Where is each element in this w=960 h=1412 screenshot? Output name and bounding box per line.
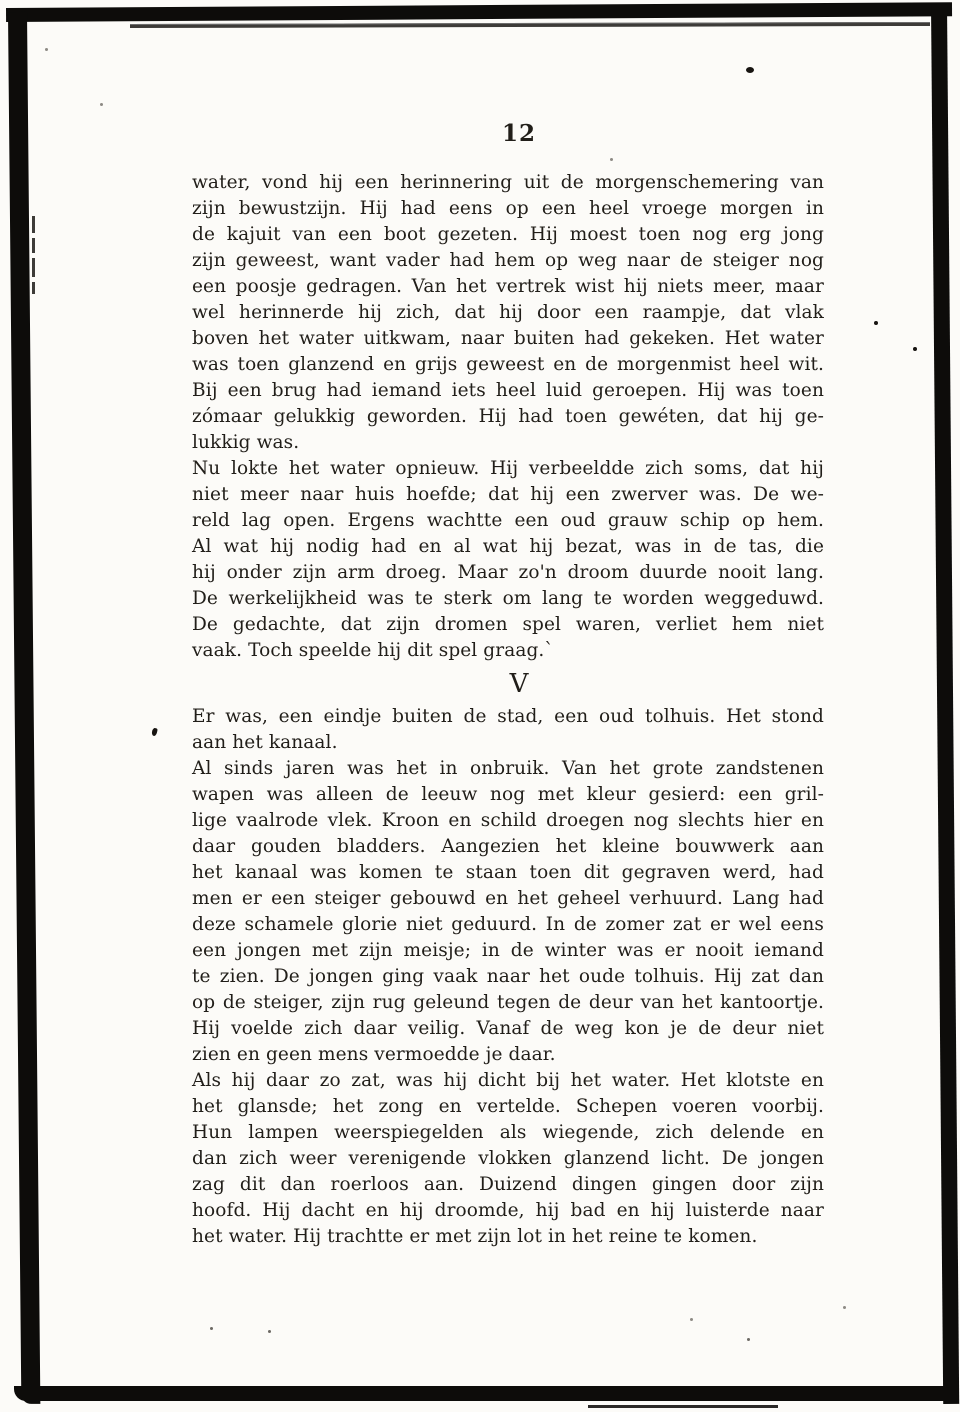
section-heading: V <box>192 670 824 698</box>
text-line: wapen was alleen de leeuw nog met kleur … <box>192 782 824 808</box>
text-line: dan zich weer verenigende vlokken glanze… <box>192 1146 824 1172</box>
text-line: De gedachte, dat zijn dromen spel waren,… <box>192 612 824 638</box>
scan-margin-dash <box>32 258 35 277</box>
scan-speck <box>610 158 613 161</box>
scan-speck <box>210 1327 213 1330</box>
scan-margin-dash <box>32 238 35 253</box>
page-number: 12 <box>192 120 824 147</box>
scan-speck <box>746 67 754 73</box>
scan-speck <box>690 1318 693 1321</box>
text-line: het glansde; het zong en vertelde. Schep… <box>192 1094 824 1120</box>
scan-speck <box>843 1306 846 1309</box>
text-line: lige vaalrode vlek. Kroon en schild droe… <box>192 808 824 834</box>
text-line: wel herinnerde hij zich, dat hij door ee… <box>192 300 824 326</box>
scan-speck <box>913 347 917 351</box>
paragraph: Al sinds jaren was het in onbruik. Van h… <box>192 756 824 1068</box>
text-line: een jongen met zijn meisje; in de winter… <box>192 938 824 964</box>
scan-margin-dash <box>32 282 35 294</box>
text-line: De werkelijkheid was te sterk om lang te… <box>192 586 824 612</box>
scan-border-right <box>931 4 959 1404</box>
scan-speck <box>100 103 103 106</box>
text-line: deze schamele glorie niet geduurd. In de… <box>192 912 824 938</box>
text-line: Bij een brug had iemand iets heel luid g… <box>192 378 824 404</box>
text-block: water, vond hij een herinnering uit de m… <box>192 170 824 1250</box>
text-line: vaak. Toch speelde hij dit spel graag.` <box>192 638 824 664</box>
text-line: boven het water uitkwam, naar buiten had… <box>192 326 824 352</box>
scan-border-bottom <box>14 1386 956 1401</box>
paragraph: Als hij daar zo zat, was hij dicht bij h… <box>192 1068 824 1250</box>
scan-rule-bottom <box>588 1405 778 1408</box>
text-line: zag dit dan roerloos aan. Duizend dingen… <box>192 1172 824 1198</box>
scan-margin-dash <box>32 216 35 233</box>
scan-border-left <box>8 12 40 1404</box>
text-line: lukkig was. <box>192 430 824 456</box>
text-line: Er was, een eindje buiten de stad, een o… <box>192 704 824 730</box>
scan-border-top <box>6 2 952 22</box>
text-line: aan het kanaal. <box>192 730 824 756</box>
text-line: zien en geen mens vermoedde je daar. <box>192 1042 824 1068</box>
text-line: Al sinds jaren was het in onbruik. Van h… <box>192 756 824 782</box>
text-line: op de steiger, zijn rug geleund tegen de… <box>192 990 824 1016</box>
text-line: hoofd. Hij dacht en hij droomde, hij bad… <box>192 1198 824 1224</box>
scan-speck <box>45 48 48 51</box>
text-line: niet meer naar huis hoefde; dat hij een … <box>192 482 824 508</box>
text-line: de kajuit van een boot gezeten. Hij moes… <box>192 222 824 248</box>
text-line: Nu lokte het water opnieuw. Hij verbeeld… <box>192 456 824 482</box>
text-line: zómaar gelukkig geworden. Hij had toen g… <box>192 404 824 430</box>
text-line: hij onder zijn arm droeg. Maar zo'n droo… <box>192 560 824 586</box>
text-line: men er een steiger gebouwd en het geheel… <box>192 886 824 912</box>
scan-speck <box>151 728 158 737</box>
scan-speck <box>747 1338 750 1341</box>
text-line: het kanaal was komen te staan toen dit g… <box>192 860 824 886</box>
text-line: daar gouden bladders. Aangezien het klei… <box>192 834 824 860</box>
text-line: zijn bewustzijn. Hij had eens op een hee… <box>192 196 824 222</box>
text-line: Als hij daar zo zat, was hij dicht bij h… <box>192 1068 824 1094</box>
paragraph: Er was, een eindje buiten de stad, een o… <box>192 704 824 756</box>
paragraph: water, vond hij een herinnering uit de m… <box>192 170 824 456</box>
text-line: Al wat hij nodig had en al wat hij bezat… <box>192 534 824 560</box>
text-line: Hij voelde zich daar veilig. Vanaf de we… <box>192 1016 824 1042</box>
text-line: water, vond hij een herinnering uit de m… <box>192 170 824 196</box>
scanned-book-page: 12 water, vond hij een herinnering uit d… <box>0 0 960 1412</box>
text-line: te zien. De jongen ging vaak naar het ou… <box>192 964 824 990</box>
text-line: zijn geweest, want vader had hem op weg … <box>192 248 824 274</box>
paragraph: Nu lokte het water opnieuw. Hij verbeeld… <box>192 456 824 664</box>
text-line: het water. Hij trachtte er met zijn lot … <box>192 1224 824 1250</box>
text-line: was toen glanzend en grijs geweest en de… <box>192 352 824 378</box>
text-line: reld lag open. Ergens wachtte een oud gr… <box>192 508 824 534</box>
scan-rule-top <box>130 22 930 28</box>
scan-speck <box>268 1330 271 1333</box>
text-line: Hun lampen weerspiegelden als wiegende, … <box>192 1120 824 1146</box>
scan-speck <box>874 321 878 325</box>
text-line: een poosje gedragen. Van het vertrek wis… <box>192 274 824 300</box>
